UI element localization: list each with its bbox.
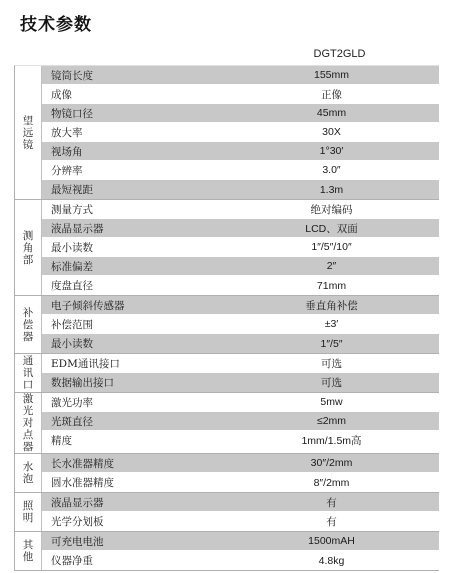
table-row: 最短视距1.3m [42,180,439,199]
spec-value: 4.8kg [224,555,439,567]
table-row: EDM通讯接口可选 [42,354,439,373]
spec-value: 绝对编码 [224,202,439,217]
spec-key: 镜筒长度 [42,68,224,83]
group-label-cell: 通讯口 [15,354,42,392]
table-row: 仪器净重4.8kg [42,551,439,570]
spec-value: 71mm [224,280,439,292]
table-row: 成像正像 [42,85,439,104]
table-row: 液晶显示器有 [42,493,439,512]
spec-value: 1mm/1.5m高 [224,433,439,448]
spec-table: 望远镜镜筒长度155mm成像正像物镜口径45mm放大率30X视场角1°30′分辨… [14,65,439,571]
group-rows: 电子倾斜传感器垂直角补偿补偿范围±3′最小读数1″/5″ [42,296,439,353]
group-rows: EDM通讯接口可选数据输出接口可选 [42,354,439,392]
table-row: 光斑直径≤2mm [42,412,439,431]
table-row: 分辨率3.0″ [42,161,439,180]
table-row: 最小读数1″/5″/10″ [42,238,439,257]
group-label: 水泡 [22,461,34,485]
spec-group: 其他可充电电池1500mAH仪器净重4.8kg [14,532,439,571]
table-row: 电子倾斜传感器垂直角补偿 [42,296,439,315]
spec-value: 有 [224,495,439,510]
group-label: 补偿器 [22,307,34,343]
spec-group: 激光对点器激光功率5mw光斑直径≤2mm精度1mm/1.5m高 [14,393,439,454]
spec-key: 成像 [42,87,224,102]
group-label: 其他 [22,539,34,563]
spec-value: ≤2mm [224,415,439,427]
spec-key: 最小读数 [42,336,224,351]
spec-key: 最短视距 [42,182,224,197]
spec-value: 30X [224,126,439,138]
table-row: 视场角1°30′ [42,142,439,161]
spec-key: 最小读数 [42,240,224,255]
spec-key: 可充电电池 [42,534,224,549]
table-row: 长水准器精度30″/2mm [42,454,439,473]
spec-key: 视场角 [42,144,224,159]
table-row: 度盘直径71mm [42,276,439,295]
spec-value: 1500mAH [224,535,439,547]
group-label: 望远镜 [22,115,34,151]
spec-value: LCD、双面 [224,221,439,236]
spec-key: 分辨率 [42,163,224,178]
table-row: 放大率30X [42,123,439,142]
spec-value: 1″/5″ [224,338,439,350]
table-row: 标准偏差2″ [42,257,439,276]
spec-value: 5mw [224,396,439,408]
spec-key: EDM通讯接口 [42,356,224,371]
spec-key: 圆水准器精度 [42,475,224,490]
spec-value: 垂直角补偿 [224,298,439,313]
spec-key: 标准偏差 [42,259,224,274]
table-row: 可充电电池1500mAH [42,532,439,551]
spec-key: 数据输出接口 [42,375,224,390]
group-label: 通讯口 [22,355,34,391]
spec-value: 45mm [224,107,439,119]
spec-value: 2″ [224,260,439,272]
spec-key: 光斑直径 [42,414,224,429]
table-row: 镜筒长度155mm [42,66,439,85]
spec-group: 补偿器电子倾斜传感器垂直角补偿补偿范围±3′最小读数1″/5″ [14,296,439,354]
spec-key: 液晶显示器 [42,495,224,510]
group-rows: 镜筒长度155mm成像正像物镜口径45mm放大率30X视场角1°30′分辨率3.… [42,66,439,199]
spec-key: 精度 [42,433,224,448]
spec-group: 望远镜镜筒长度155mm成像正像物镜口径45mm放大率30X视场角1°30′分辨… [14,65,439,200]
spec-value: 可选 [224,356,439,371]
spec-value: 8″/2mm [224,477,439,489]
spec-group: 测角部测量方式绝对编码液晶显示器LCD、双面最小读数1″/5″/10″标准偏差2… [14,200,439,296]
group-label-cell: 水泡 [15,454,42,492]
group-label-cell: 望远镜 [15,66,42,199]
spec-value: 1″/5″/10″ [224,241,439,253]
spec-key: 液晶显示器 [42,221,224,236]
group-label-cell: 测角部 [15,200,42,295]
table-row: 物镜口径45mm [42,104,439,123]
group-rows: 可充电电池1500mAH仪器净重4.8kg [42,532,439,570]
group-label-cell: 照明 [15,493,42,531]
spec-value: 155mm [224,69,439,81]
spec-value: 3.0″ [224,164,439,176]
spec-group: 水泡长水准器精度30″/2mm圆水准器精度8″/2mm [14,454,439,493]
spec-key: 长水准器精度 [42,456,224,471]
group-label-cell: 激光对点器 [15,393,42,453]
spec-value: 可选 [224,375,439,390]
spec-value: 正像 [224,87,439,102]
group-label: 测角部 [22,230,34,266]
group-label: 激光对点器 [22,393,34,453]
spec-value: 1.3m [224,184,439,196]
spec-key: 仪器净重 [42,553,224,568]
table-row: 圆水准器精度8″/2mm [42,473,439,492]
table-row: 测量方式绝对编码 [42,200,439,219]
group-rows: 液晶显示器有光学分划板有 [42,493,439,531]
table-row: 精度1mm/1.5m高 [42,431,439,450]
spec-group: 照明液晶显示器有光学分划板有 [14,493,439,532]
spec-key: 电子倾斜传感器 [42,298,224,313]
spec-key: 放大率 [42,125,224,140]
group-label: 照明 [22,500,34,524]
spec-key: 补偿范围 [42,317,224,332]
spec-value: ±3′ [224,318,439,330]
page-title: 技术参数 [20,10,92,35]
group-label-cell: 其他 [15,532,42,570]
group-rows: 测量方式绝对编码液晶显示器LCD、双面最小读数1″/5″/10″标准偏差2″度盘… [42,200,439,295]
spec-key: 激光功率 [42,395,224,410]
spec-value: 1°30′ [224,145,439,157]
table-row: 补偿范围±3′ [42,315,439,334]
spec-key: 光学分划板 [42,514,224,529]
group-rows: 激光功率5mw光斑直径≤2mm精度1mm/1.5m高 [42,393,439,453]
table-row: 数据输出接口可选 [42,373,439,392]
table-row: 最小读数1″/5″ [42,334,439,353]
spec-group: 通讯口EDM通讯接口可选数据输出接口可选 [14,354,439,393]
spec-key: 物镜口径 [42,106,224,121]
table-row: 光学分划板有 [42,512,439,531]
spec-value: 有 [224,514,439,529]
table-row: 激光功率5mw [42,393,439,412]
group-rows: 长水准器精度30″/2mm圆水准器精度8″/2mm [42,454,439,492]
spec-key: 度盘直径 [42,278,224,293]
spec-key: 测量方式 [42,202,224,217]
table-row: 液晶显示器LCD、双面 [42,219,439,238]
group-label-cell: 补偿器 [15,296,42,353]
model-column-header: DGT2GLD [240,48,439,60]
spec-value: 30″/2mm [224,457,439,469]
